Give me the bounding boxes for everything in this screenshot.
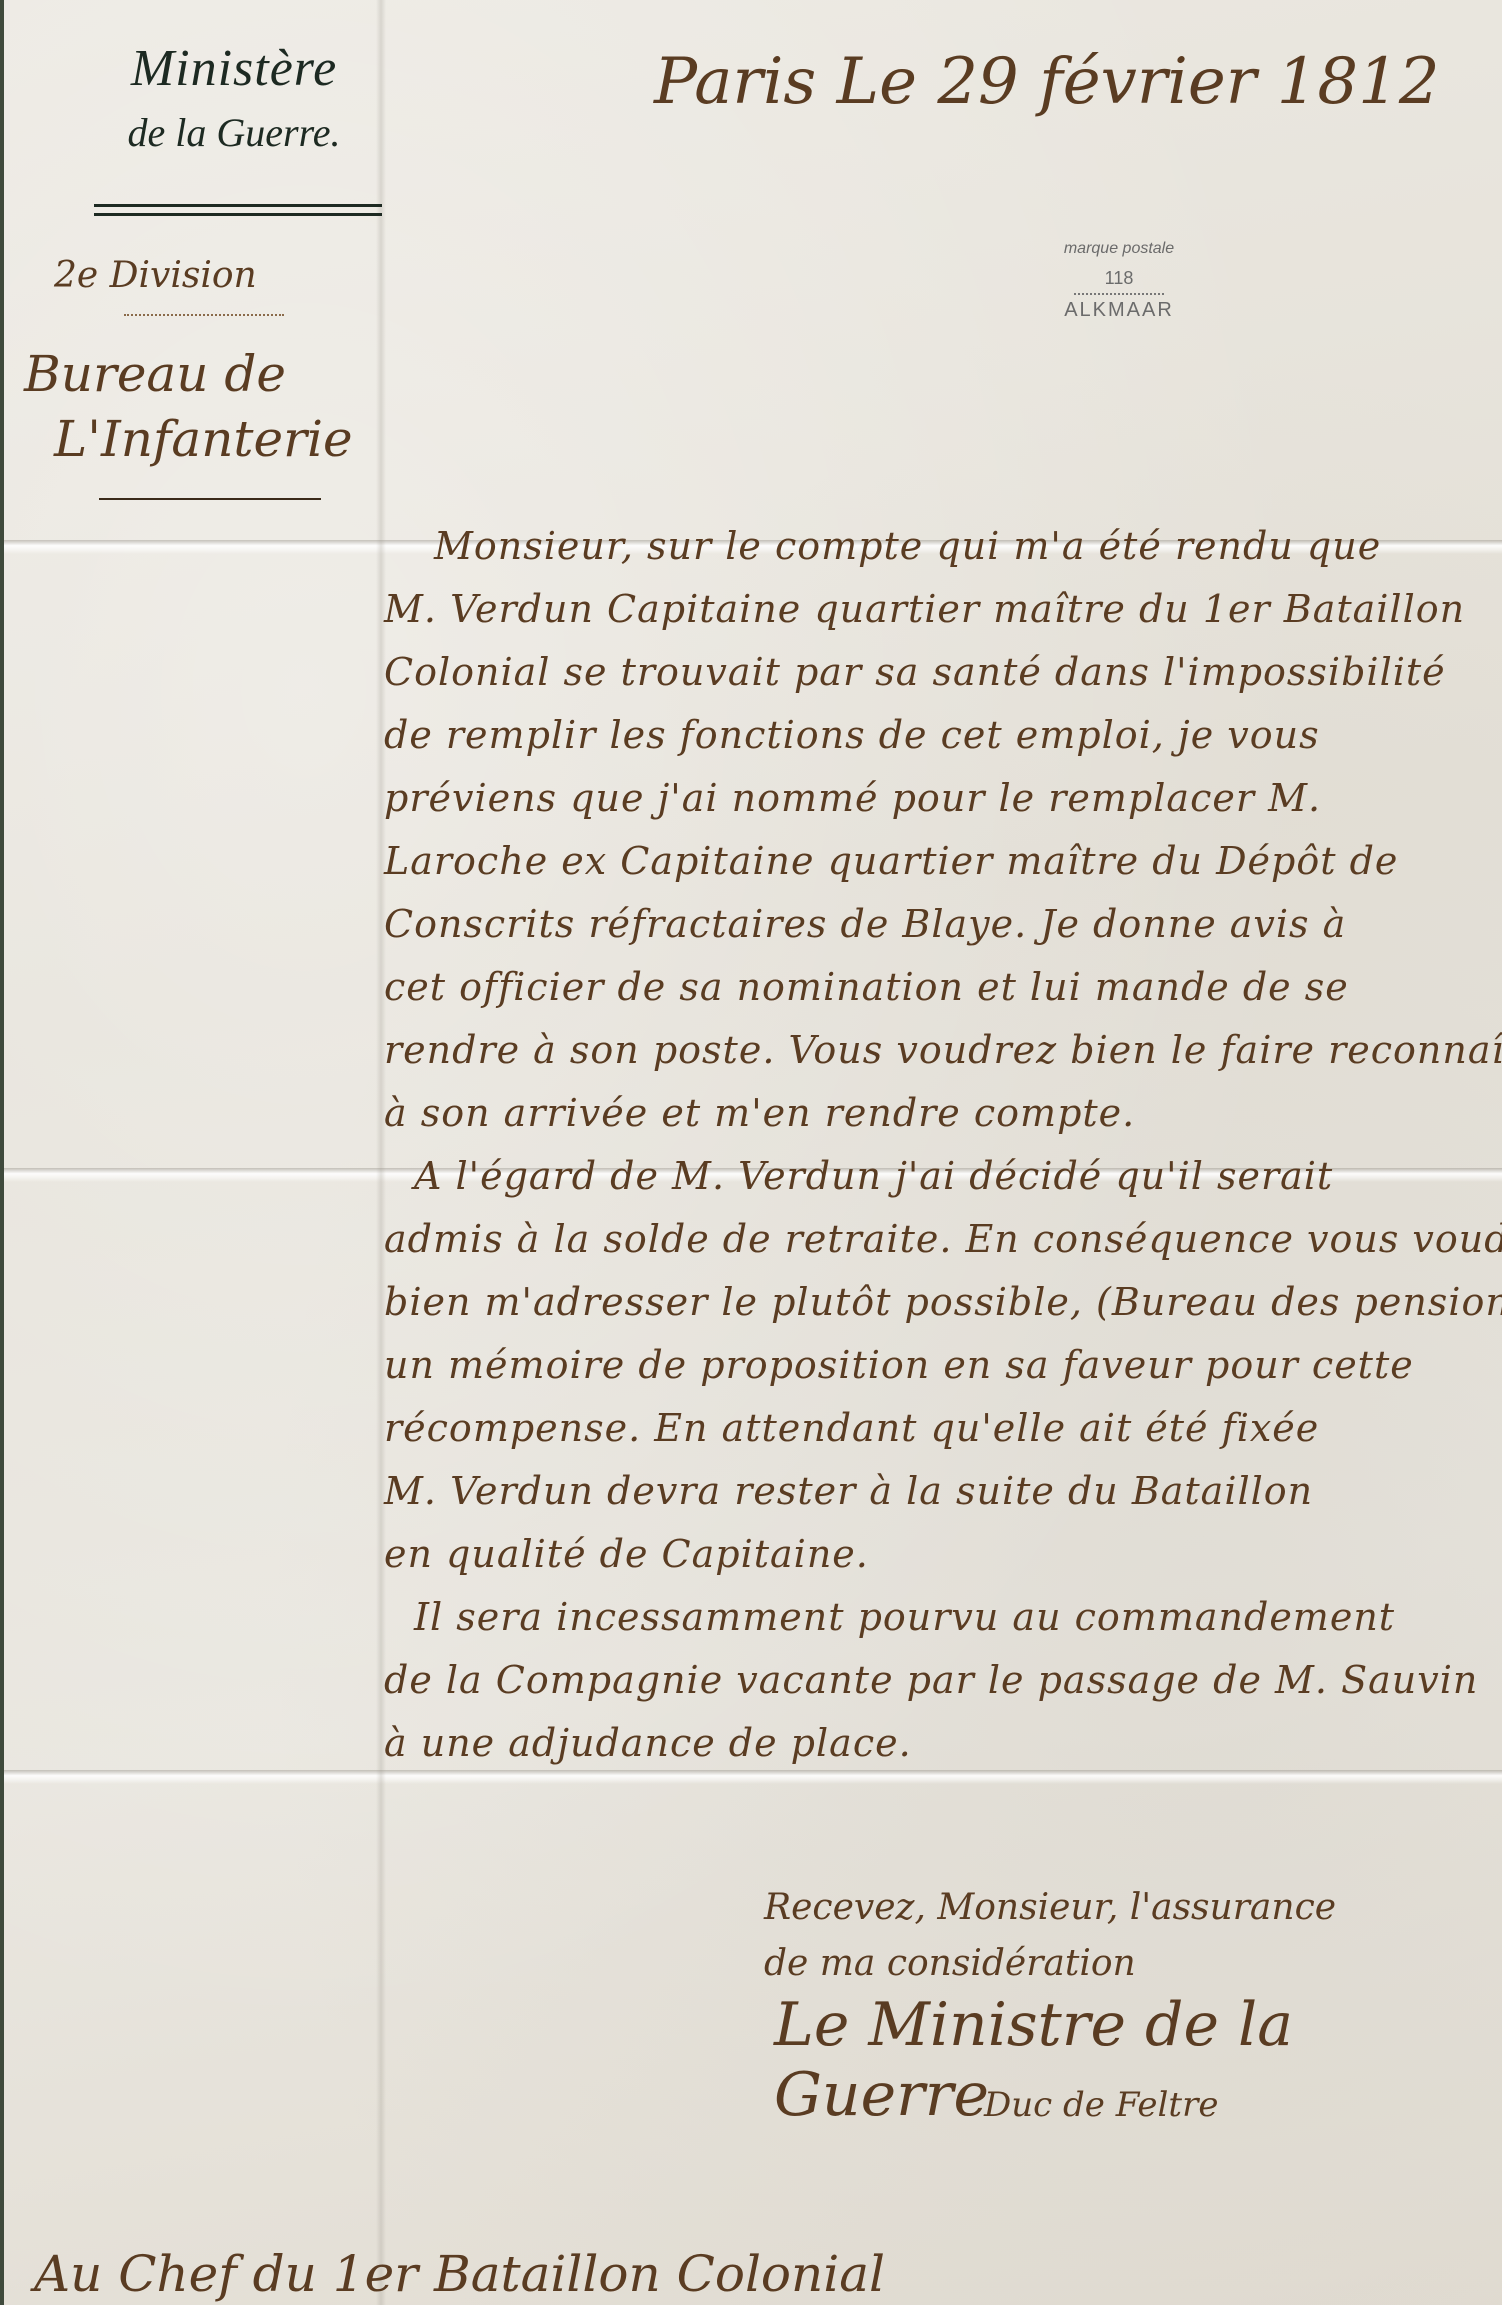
body-line: de remplir les fonctions de cet emploi, …	[384, 704, 1494, 767]
closing-formula: Recevez, Monsieur, l'assurance de ma con…	[764, 1880, 1336, 1992]
body-line: M. Verdun Capitaine quartier maître du 1…	[384, 578, 1494, 641]
letterhead-rule	[94, 213, 382, 216]
body-line: en qualité de Capitaine.	[384, 1523, 1494, 1586]
body-line: récompense. En attendant qu'elle ait été…	[384, 1397, 1494, 1460]
body-line: rendre à son poste. Vous voudrez bien le…	[384, 1019, 1494, 1082]
closing-line1: Recevez, Monsieur, l'assurance	[764, 1880, 1336, 1936]
body-line: bien m'adresser le plutôt possible, (Bur…	[384, 1271, 1494, 1334]
letter-body: Monsieur, sur le compte qui m'a été rend…	[384, 515, 1494, 1775]
body-line: Monsieur, sur le compte qui m'a été rend…	[384, 515, 1494, 578]
letterhead-department: de la Guerre.	[84, 111, 384, 155]
postmark-note: marque postale 118 ALKMAAR	[1044, 240, 1194, 322]
body-line: de la Compagnie vacante par le passage d…	[384, 1649, 1494, 1712]
letterhead-ministry: Ministère	[84, 40, 384, 97]
flourish-divider	[124, 308, 284, 316]
bureau-underline	[99, 498, 321, 500]
body-line: M. Verdun devra rester à la suite du Bat…	[384, 1460, 1494, 1523]
body-line: à son arrivée et m'en rendre compte.	[384, 1082, 1494, 1145]
closing-line2: de ma considération	[764, 1936, 1336, 1992]
body-line: préviens que j'ai nommé pour le remplace…	[384, 767, 1494, 830]
signature-name: Duc de Feltre	[984, 2085, 1218, 2125]
bureau-note-line1: Bureau de	[24, 345, 286, 403]
division-note: 2e Division	[54, 255, 257, 296]
letterhead-rule	[94, 204, 382, 207]
recipient-address: Au Chef du 1er Bataillon Colonial	[34, 2245, 885, 2303]
postmark-label: marque postale	[1044, 240, 1194, 258]
letterhead: Ministère de la Guerre.	[84, 40, 384, 155]
body-line: à une adjudance de place.	[384, 1712, 1494, 1775]
body-line: Laroche ex Capitaine quartier maître du …	[384, 830, 1494, 893]
bureau-note-line2: L'Infanterie	[54, 410, 353, 468]
postmark-divider	[1074, 293, 1164, 295]
body-line: A l'égard de M. Verdun j'ai décidé qu'il…	[384, 1145, 1494, 1208]
postmark-number: 118	[1044, 268, 1194, 289]
dateline: Paris Le 29 février 1812	[654, 45, 1440, 119]
body-line: un mémoire de proposition en sa faveur p…	[384, 1334, 1494, 1397]
body-line: cet officier de sa nomination et lui man…	[384, 956, 1494, 1019]
postmark-place: ALKMAAR	[1044, 299, 1194, 322]
letter-sheet: Ministère de la Guerre. 2e Division Bure…	[0, 0, 1502, 2305]
body-line: Colonial se trouvait par sa santé dans l…	[384, 641, 1494, 704]
body-line: Il sera incessamment pourvu au commandem…	[384, 1586, 1494, 1649]
body-line: admis à la solde de retraite. En conséqu…	[384, 1208, 1494, 1271]
body-line: Conscrits réfractaires de Blaye. Je donn…	[384, 893, 1494, 956]
